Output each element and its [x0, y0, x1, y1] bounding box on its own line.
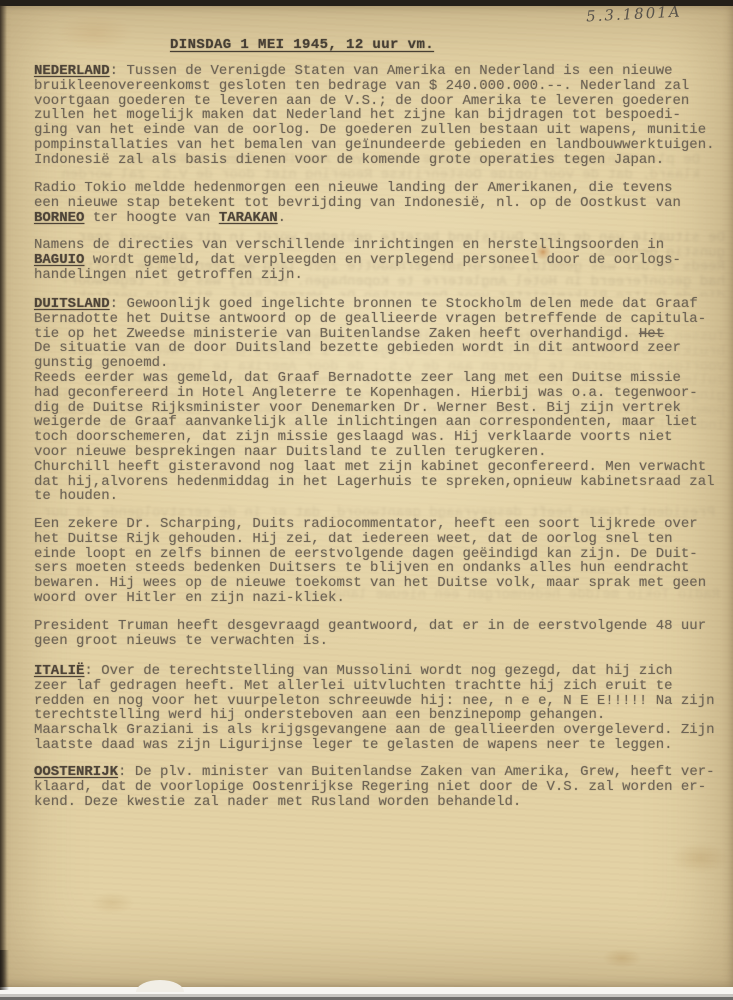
scan-left-edge: [0, 5, 7, 987]
section-body: De situatie van de door Duitsland bezett…: [34, 340, 715, 504]
place-baguio: BAGUIO: [34, 252, 84, 268]
scan-corner-shadow: [0, 950, 9, 990]
place-tarakan: TARAKAN: [219, 210, 278, 226]
header-separator: :: [118, 764, 135, 780]
section-body: ter hoogte van: [84, 210, 218, 226]
header-separator: :: [110, 63, 127, 79]
place-borneo: BORNEO: [34, 210, 84, 226]
section-body: Gewoonlijk goed ingelichte bronnen te St…: [34, 296, 706, 342]
section-header-duitsland: DUITSLAND: [34, 296, 110, 312]
section-body: Over de terechtstelling van Mussolini wo…: [34, 663, 715, 753]
scanned-bulletin-page: De plv. minister van Buitenlandse Zaken …: [0, 0, 733, 1000]
bulletin-title: DINSDAG 1 MEI 1945, 12 uur vm.: [170, 38, 434, 53]
section-truman: President Truman heeft desgevraagd geant…: [34, 619, 733, 649]
section-body: Namens de directies van verschillende in…: [34, 237, 664, 253]
section-oostenrijk: OOSTENRIJK: De plv. minister van Buitenl…: [34, 765, 733, 809]
header-separator: :: [84, 663, 101, 679]
section-body: De plv. minister van Buitenlandse Zaken …: [34, 764, 715, 810]
section-body: Tussen de Verenigde Staten van Amerika e…: [34, 63, 715, 168]
section-header-italie: ITALIË: [34, 663, 84, 679]
section-scharping: Een zekere Dr. Scharping, Duits radiocom…: [34, 517, 733, 606]
section-duitsland: DUITSLAND: Gewoonlijk goed ingelichte br…: [34, 297, 733, 504]
header-separator: :: [110, 296, 127, 312]
section-body: .: [278, 210, 286, 226]
scan-bottom-edge: [0, 987, 733, 1000]
section-italie: ITALIË: Over de terechtstelling van Muss…: [34, 664, 733, 753]
section-nederland: NEDERLAND: Tussen de Verenigde Staten va…: [34, 64, 733, 168]
section-header-nederland: NEDERLAND: [34, 63, 110, 79]
section-body: Radio Tokio meldde hedenmorgen een nieuw…: [34, 180, 681, 211]
section-body: wordt gemeld, dat verpleegden en verpleg…: [34, 252, 681, 283]
section-body: President Truman heeft desgevraagd geant…: [34, 618, 706, 649]
section-radio-tokio: Radio Tokio meldde hedenmorgen een nieuw…: [34, 181, 733, 225]
section-body: Een zekere Dr. Scharping, Duits radiocom…: [34, 516, 706, 606]
scan-top-edge: [0, 0, 733, 6]
section-herstellingsoorden: Namens de directies van verschillende in…: [34, 238, 733, 282]
section-header-oostenrijk: OOSTENRIJK: [34, 764, 118, 780]
